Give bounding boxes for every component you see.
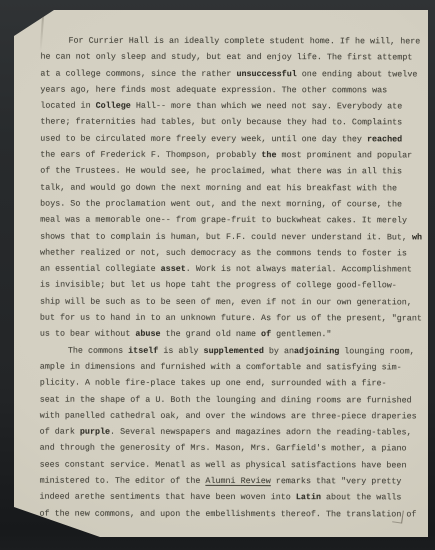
- typed-line: there; fraternities had tables, but only…: [40, 114, 432, 131]
- typed-line: of the new commons, and upon the embelli…: [39, 505, 431, 522]
- typed-line: meal was a memorable one-- from grape-fr…: [40, 212, 432, 229]
- typed-segment: talk, and would go down the next morning…: [40, 182, 397, 193]
- typed-segment: there; fraternities had tables, but only…: [40, 117, 402, 128]
- document-lines: For Currier Hall is an ideally complete …: [39, 33, 432, 523]
- typed-line: ministered to. The editor of the Alumni …: [40, 473, 432, 490]
- typed-segment-emphasis: Latin: [296, 492, 321, 502]
- typed-segment: about the walls: [321, 492, 401, 502]
- typed-line: located in College Hall-- more than whic…: [40, 98, 432, 115]
- typed-segment: whether realized or not, such democracy …: [40, 247, 407, 258]
- typed-segment: us to bear without: [40, 329, 136, 339]
- typed-segment: most prominent and popular: [276, 150, 412, 160]
- typed-segment-emphasis: asset: [161, 264, 186, 274]
- typed-line: but for us to hand in to an unknown futu…: [40, 310, 432, 327]
- typed-segment: at a college commons, since the rather: [40, 68, 236, 78]
- typed-segment: gentlemen.": [271, 329, 331, 339]
- typed-line: at a college commons, since the rather u…: [40, 65, 432, 82]
- typed-line: of the Trustees. He would see, he procla…: [40, 163, 432, 180]
- typed-segment: and through the generosity of Mrs. Mason…: [40, 443, 407, 454]
- typed-segment: lounging room,: [339, 346, 414, 356]
- typed-line: with panelled cathedral oak, and over th…: [40, 407, 432, 424]
- typed-line: an essential collegiate asset. Work is n…: [40, 261, 432, 278]
- typed-line: of dark purple. Several newspapers and m…: [40, 424, 432, 441]
- typed-line: plicity. A noble fire-place takes up one…: [40, 375, 432, 392]
- typed-segment: an essential collegiate: [40, 264, 161, 274]
- typed-line: For Currier Hall is an ideally complete …: [40, 33, 432, 50]
- typed-line: sees constant service. Menatl as well as…: [40, 456, 432, 473]
- typed-segment: seat in the shape of a U. Both the loung…: [40, 394, 412, 405]
- typed-line: ship will be such as to be seen of men, …: [40, 293, 432, 310]
- typed-line: is invisible; but let us hope taht the p…: [40, 277, 432, 294]
- typed-line: used to be circulated more freely every …: [40, 130, 432, 147]
- typed-segment: ship will be such as to be seen of men, …: [40, 296, 412, 307]
- typed-segment: with panelled cathedral oak, and over th…: [40, 410, 417, 421]
- typed-segment: the grand old name: [161, 329, 262, 339]
- typed-segment: years ago, here finds most adequate expr…: [40, 84, 387, 95]
- typed-segment-emphasis: reached: [367, 134, 402, 144]
- typed-segment: is ably: [158, 345, 203, 355]
- typed-line: years ago, here finds most adequate expr…: [40, 81, 432, 98]
- typed-line: ample in dimensions and furnished with a…: [40, 359, 432, 376]
- typed-segment-emphasis: itself: [128, 345, 158, 355]
- typed-segment-emphasis: abuse: [135, 329, 160, 339]
- photo-background: For Currier Hall is an ideally complete …: [0, 0, 435, 550]
- typed-line: whether realized or not, such democracy …: [40, 244, 432, 261]
- typed-segment: remarks that "very pretty: [271, 476, 402, 486]
- typed-segment: ministered to. The editor of the: [40, 476, 206, 486]
- typed-segment-emphasis: the: [261, 150, 276, 160]
- typed-segment: . Work is not always material. Accomplis…: [186, 264, 412, 274]
- typed-segment-emphasis: adjoining: [294, 346, 339, 356]
- typed-segment: meal was a memorable one-- from grape-fr…: [40, 215, 407, 226]
- typed-segment: For Currier Hall is an ideally complete …: [68, 36, 420, 47]
- typed-segment-emphasis: College: [96, 101, 131, 111]
- typed-segment: Hall-- more than which we need not say. …: [131, 101, 402, 112]
- typed-segment: of dark: [40, 427, 80, 437]
- typed-segment: . Several newspapers and magazines adorn…: [110, 427, 412, 438]
- typed-segment: one ending about twelve: [297, 69, 418, 79]
- typed-segment: indeed arethe sentiments that have been …: [40, 492, 296, 503]
- typed-line: shows that to complain is human, but F.F…: [40, 228, 432, 245]
- typed-segment: shows that to complain is human, but F.F…: [40, 231, 412, 242]
- typed-line: The commons itself is ably supplemented …: [40, 342, 432, 359]
- typed-segment-emphasis: wh: [412, 232, 422, 242]
- typed-segment: located in: [40, 101, 95, 111]
- typed-segment: by an: [264, 346, 294, 356]
- typed-line: he can not only sleep and study, but eat…: [40, 49, 432, 66]
- typed-segment: of the Trustees. He would see, he procla…: [40, 166, 402, 177]
- typed-segment: is invisible; but let us hope taht the p…: [40, 280, 397, 291]
- typed-line: talk, and would go down the next morning…: [40, 179, 432, 196]
- typed-segment: he can not only sleep and study, but eat…: [40, 52, 412, 63]
- typed-segment-emphasis: supplemented: [204, 346, 264, 356]
- pencil-mark: [392, 509, 404, 523]
- typed-segment: The commons: [68, 345, 128, 355]
- typed-line: seat in the shape of a U. Both the loung…: [40, 391, 432, 408]
- typed-segment-emphasis: of: [261, 329, 271, 339]
- typed-segment: of the new commons, and upon the embelli…: [39, 508, 416, 519]
- typed-line: boys. So the proclamation went out, and …: [40, 196, 432, 213]
- typed-segment: ample in dimensions and furnished with a…: [40, 362, 402, 373]
- document-page: For Currier Hall is an ideally complete …: [14, 10, 428, 537]
- typed-segment-emphasis: purple: [80, 427, 110, 437]
- typed-line: us to bear without abuse the grand old n…: [40, 326, 432, 343]
- typed-line: the ears of Frederick F. Thompson, proba…: [40, 147, 432, 164]
- typed-segment: sees constant service. Menatl as well as…: [40, 459, 407, 470]
- typed-segment: but for us to hand in to an unknown futu…: [40, 313, 422, 324]
- typed-segment: plicity. A noble fire-place takes up one…: [40, 378, 387, 389]
- typed-line: and through the generosity of Mrs. Mason…: [40, 440, 432, 457]
- typed-segment: boys. So the proclamation went out, and …: [40, 199, 402, 210]
- typed-line: indeed arethe sentiments that have been …: [40, 489, 432, 506]
- typed-segment-emphasis: Alumni Review: [205, 476, 270, 486]
- typed-segment: used to be circulated more freely every …: [40, 133, 367, 144]
- typed-segment: the ears of Frederick F. Thompson, proba…: [40, 150, 261, 160]
- typed-segment-emphasis: unsuccessful: [236, 69, 296, 79]
